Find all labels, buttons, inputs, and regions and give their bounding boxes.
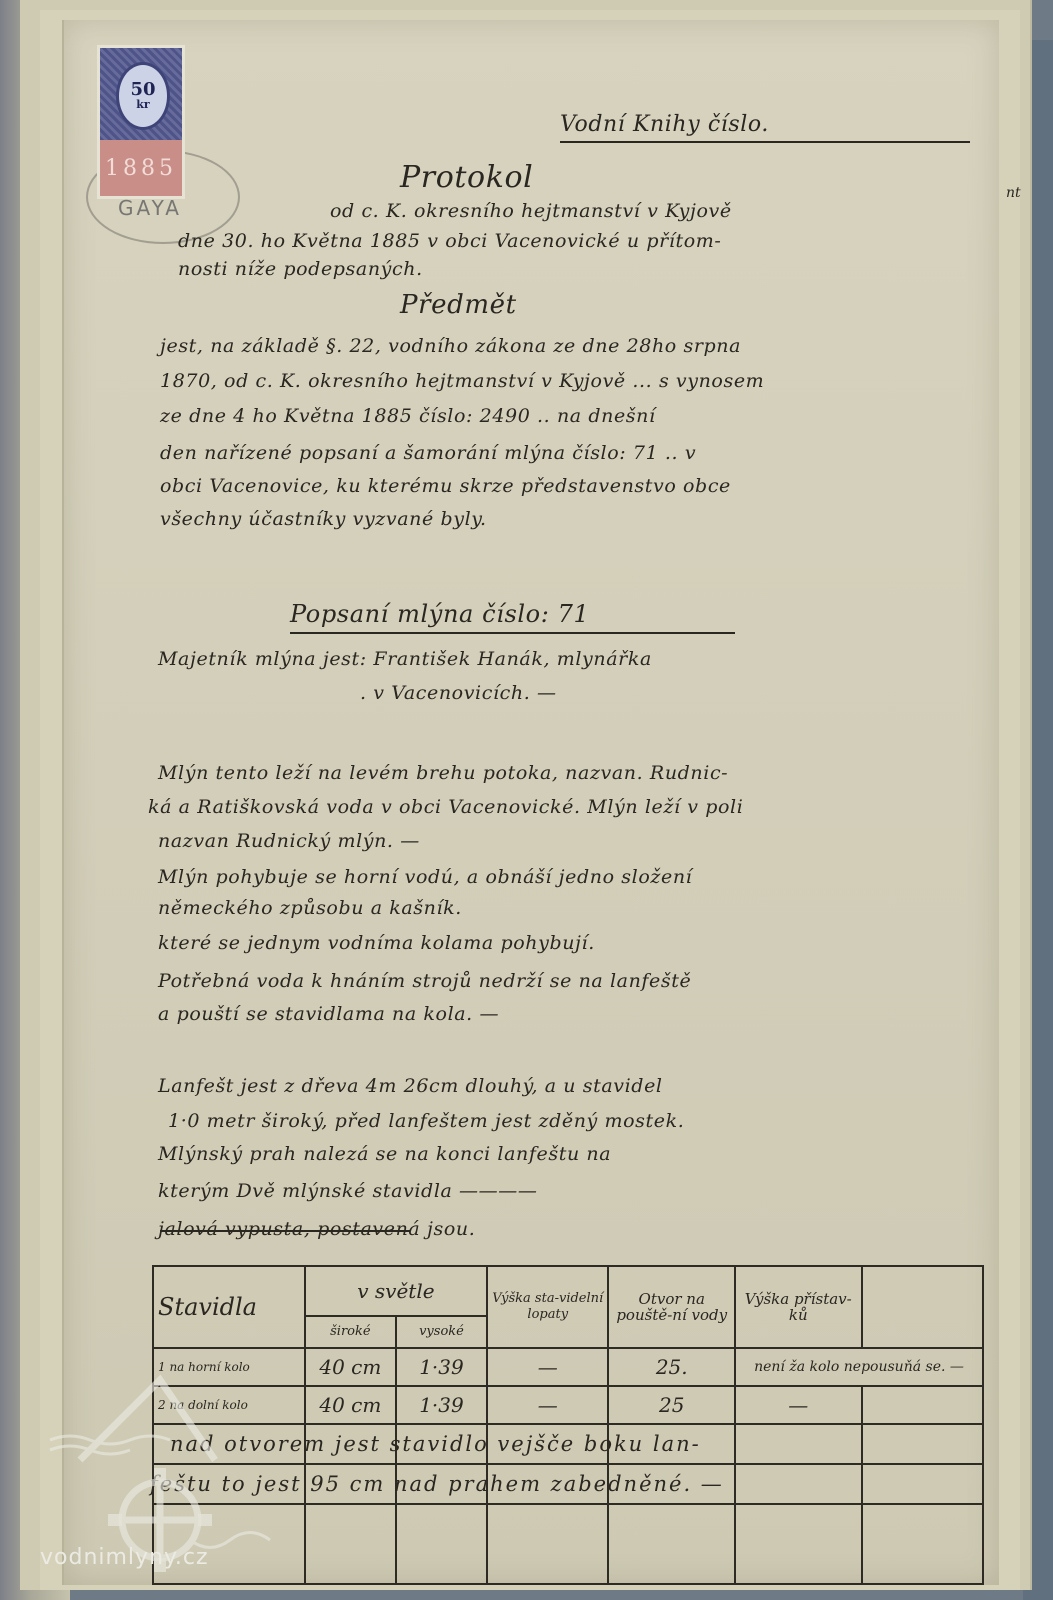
body-line-3: nazvan Rudnický mlýn. — — [158, 830, 420, 852]
header-stavidla: Stavidla — [153, 1266, 305, 1348]
water-book-number-heading: Vodní Knihy číslo. — [560, 112, 970, 143]
row-2-siroke: 40 cm — [305, 1386, 396, 1424]
subject-line-1: jest, na základě §. 22, vodního zákona z… — [160, 335, 741, 357]
row-1-vyska-pristavku: není ža kolo nepousuňá se. — — [735, 1348, 983, 1386]
protocol-line-3: nosti níže podepsaných. — [178, 258, 423, 280]
header-v-svetle: v světle — [305, 1266, 487, 1316]
subject-line-2: 1870, od c. K. okresního hejtmanství v K… — [160, 370, 764, 392]
owner-line-1: Majetník mlýna jest: František Hanák, ml… — [158, 648, 652, 670]
postmark-text: GAYA — [118, 196, 182, 220]
header-otvor: Otvor na pouště-ní vody — [608, 1266, 735, 1348]
row-2-vyska-pristavku: — — [735, 1386, 862, 1424]
watermark-text: vodnimlyny.cz — [40, 1545, 209, 1570]
stamp-currency: kr — [136, 99, 149, 111]
owner-line-2: . v Vacenovicích. — — [360, 682, 557, 704]
mill-description-title: Popsaní mlýna číslo: 71 — [290, 600, 735, 634]
protocol-title: Protokol — [400, 160, 533, 195]
body-line-6: které se jednym vodníma kolama pohybují. — [158, 932, 595, 954]
margin-note: nt — [1006, 185, 1021, 201]
lanfest-line-2: 1·0 metr široký, před lanfeštem jest zdě… — [168, 1110, 684, 1132]
row-2-otvor: 25 — [608, 1386, 735, 1424]
stamp-year: 1885 — [100, 140, 182, 196]
subject-line-4: den nařízené popsaní a šamorání mlýna čí… — [160, 442, 696, 464]
body-line-2: ká a Ratiškovská voda v obci Vacenovické… — [148, 796, 743, 818]
row-1-siroke: 40 cm — [305, 1348, 396, 1386]
protocol-line-1: od c. K. okresního hejtmanství v Kyjově — [330, 200, 732, 222]
header-vyska-lopaty: Výška sta-videlní lopaty — [487, 1266, 608, 1348]
header-extra — [862, 1266, 984, 1348]
row-2-vysoke: 1·39 — [396, 1386, 487, 1424]
body-line-7: Potřebná voda k hnáním strojů nedrží se … — [158, 970, 691, 992]
subject-line-3: ze dne 4 ho Května 1885 číslo: 2490 .. n… — [160, 405, 656, 427]
body-line-5: německého způsobu a kašník. — [158, 897, 462, 919]
lanfest-line-3: Mlýnský prah nalezá se na konci lanfeštu… — [158, 1143, 611, 1165]
subject-line-5: obci Vacenovice, ku kterému skrze předst… — [160, 475, 731, 497]
header-siroke: široké — [305, 1316, 396, 1348]
row-1-vysoke: 1·39 — [396, 1348, 487, 1386]
body-line-4: Mlýn pohybuje se horní vodú, a obnáší je… — [158, 866, 692, 888]
protocol-line-2: dne 30. ho Května 1885 v obci Vacenovick… — [178, 230, 721, 252]
lanfest-line-4: kterým Dvě mlýnské stavidla ———— — [158, 1180, 537, 1202]
row-2-extra — [862, 1386, 984, 1424]
row-1-otvor: 25. — [608, 1348, 735, 1386]
lanfest-line-1: Lanfešt jest z dřeva 4m 26cm dlouhý, a u… — [158, 1075, 663, 1097]
subject-line-6: všechny účastníky vyzvané byly. — [160, 508, 487, 530]
row-2-vyska-lopaty: — — [487, 1386, 608, 1424]
revenue-stamp: 50 kr 1885 — [97, 45, 185, 199]
stamp-value: 50 — [130, 81, 155, 99]
header-vyska-pristavku: Výška přístav-ků — [735, 1266, 862, 1348]
stamp-value-circle: 50 kr — [116, 62, 170, 130]
header-vysoke: vysoké — [396, 1316, 487, 1348]
lanfest-line-5: jalová vypusta, postavená jsou. — [158, 1218, 475, 1240]
strikethrough-mark — [160, 1230, 410, 1232]
row-1-vyska-lopaty: — — [487, 1348, 608, 1386]
body-line-1: Mlýn tento leží na levém brehu potoka, n… — [158, 762, 728, 784]
body-line-8: a pouští se stavidlama na kola. — — [158, 1003, 499, 1025]
subject-title: Předmět — [400, 290, 517, 320]
